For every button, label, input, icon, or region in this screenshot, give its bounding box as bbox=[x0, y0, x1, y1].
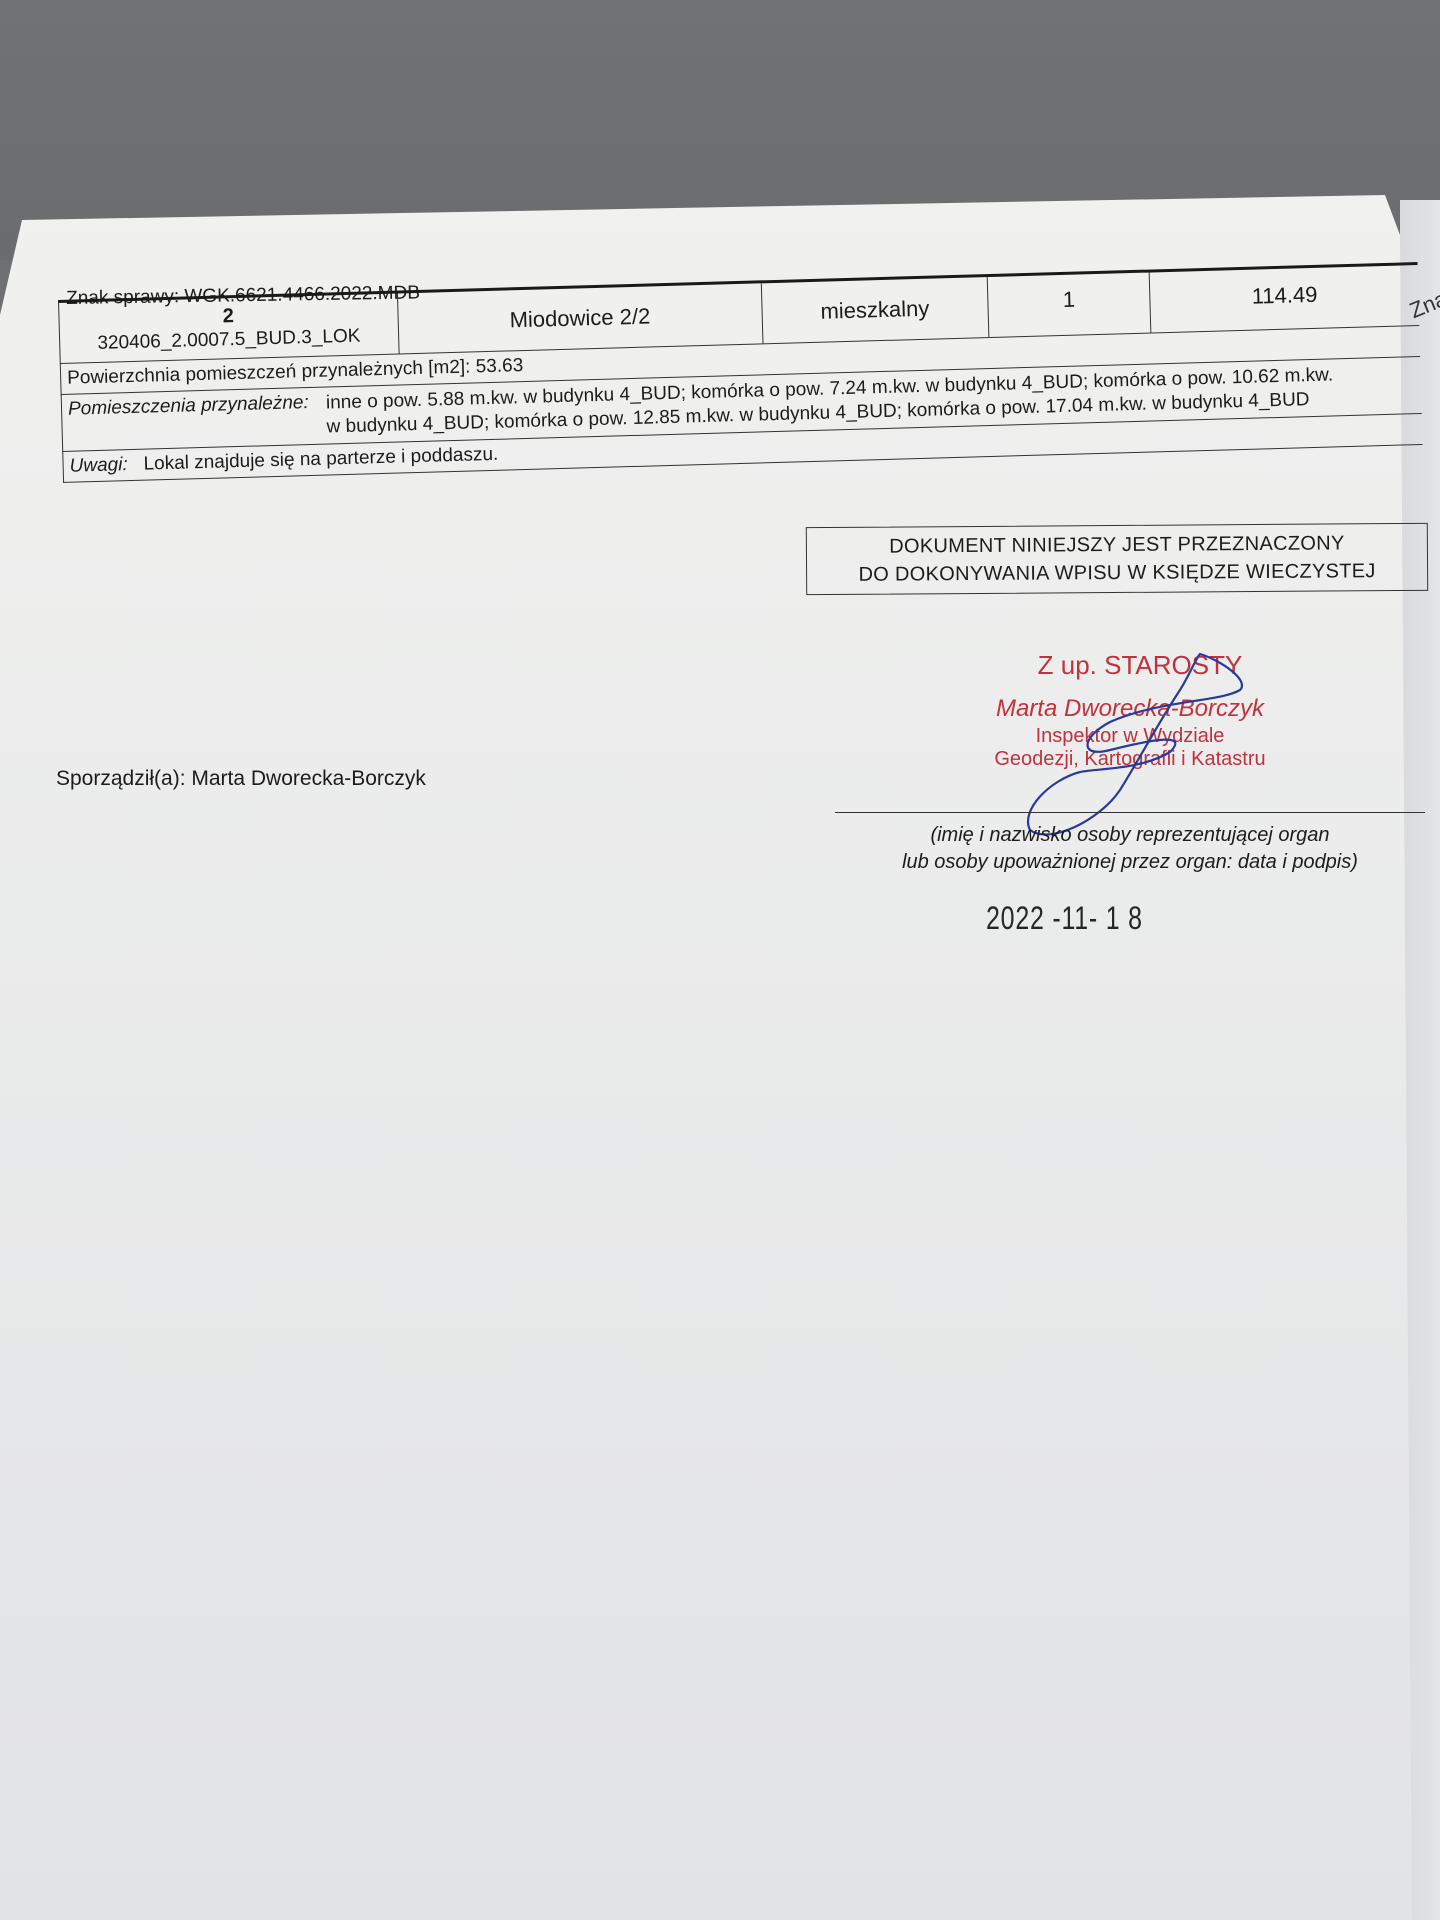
land-register-notice-box: DOKUMENT NINIEJSZY JEST PRZEZNACZONY DO … bbox=[806, 523, 1428, 595]
cell-rooms: 1 bbox=[987, 272, 1151, 337]
premises-table: 2 320406_2.0007.5_BUD.3_LOK Miodowice 2/… bbox=[58, 262, 1423, 483]
associated-rooms-label: Pomieszczenia przynależne: bbox=[68, 392, 327, 447]
notice-line: DO DOKONYWANIA WPISU W KSIĘDZE WIECZYSTE… bbox=[858, 557, 1375, 589]
remarks-label: Uwagi: bbox=[69, 454, 128, 477]
handwritten-signature-icon bbox=[990, 640, 1270, 840]
cell-unit: 2 320406_2.0007.5_BUD.3_LOK bbox=[59, 294, 399, 363]
signature-caption-line: lub osoby upoważnionej przez organ: data… bbox=[840, 849, 1420, 876]
cell-area: 114.49 bbox=[1150, 265, 1419, 332]
unit-index: 2 bbox=[222, 304, 234, 328]
prepared-by: Sporządził(a): Marta Dworecka-Borczyk bbox=[56, 767, 426, 791]
cell-address: Miodowice 2/2 bbox=[397, 283, 763, 353]
signature-caption-line: (imię i nazwisko osoby reprezentującej o… bbox=[840, 822, 1420, 849]
date-stamp: 2022 -11- 1 8 bbox=[986, 900, 1143, 937]
cell-purpose: mieszkalny bbox=[762, 277, 989, 343]
associated-area-label: Powierzchnia pomieszczeń przynależnych [… bbox=[67, 357, 471, 389]
signature-line bbox=[835, 812, 1425, 813]
unit-id: 320406_2.0007.5_BUD.3_LOK bbox=[97, 325, 361, 356]
signature-caption: (imię i nazwisko osoby reprezentującej o… bbox=[840, 822, 1420, 876]
notice-line: DOKUMENT NINIEJSZY JEST PRZEZNACZONY bbox=[889, 529, 1344, 560]
remarks-value: Lokal znajduje się na parterze i poddasz… bbox=[143, 444, 498, 475]
associated-area-value: 53.63 bbox=[475, 355, 523, 377]
